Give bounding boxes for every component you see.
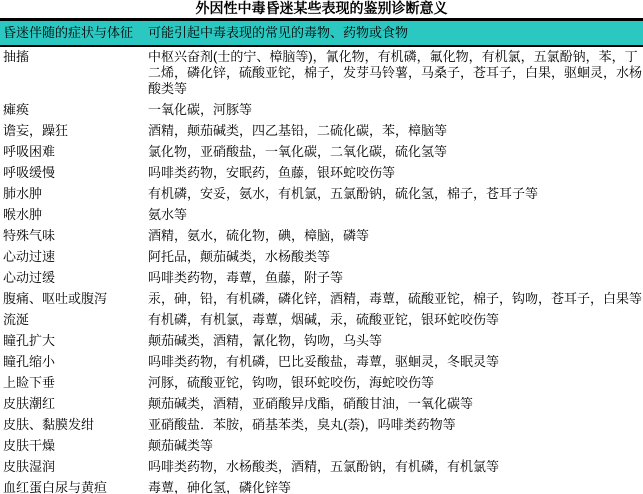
table-row: 抽搐中枢兴奋剂(士的宁、樟脑等)，氰化物，有机磷，氟化物，有机氯，五氯酚钠，苯，… [0, 46, 643, 100]
causes-cell: 吗啡类药物，安眠药，鱼藤，银环蛇咬伤等 [145, 163, 643, 184]
table-row: 皮肤干燥颠茄碱类等 [0, 436, 643, 457]
causes-cell: 颠茄碱类，酒精，亚硝酸异戊酯，硝酸甘油，一氧化碳等 [145, 394, 643, 415]
table-row: 肺水肿有机磷，安妥，氨水，有机氯，五氯酚钠，硫化氢，棉子，苍耳子等 [0, 184, 643, 205]
page-title: 外因性中毒昏迷某些表现的鉴别诊断意义 [0, 0, 643, 18]
table-row: 流涎有机磷，有机氯，毒蕈，烟碱，汞，硫酸亚铊，银环蛇咬伤等 [0, 310, 643, 331]
table-row: 呼吸困难氯化物，亚硝酸盐，一氧化碳，二氧化碳，硫化氢等 [0, 142, 643, 163]
symptom-cell: 心动过速 [0, 247, 145, 268]
causes-cell: 河豚，硫酸亚铊，钩吻，银环蛇咬伤，海蛇咬伤等 [145, 373, 643, 394]
table-row: 上睑下垂河豚，硫酸亚铊，钩吻，银环蛇咬伤，海蛇咬伤等 [0, 373, 643, 394]
causes-cell: 中枢兴奋剂(士的宁、樟脑等)，氰化物，有机磷，氟化物，有机氯，五氯酚钠，苯，丁二… [145, 46, 643, 100]
symptom-cell: 特殊气味 [0, 226, 145, 247]
symptom-cell: 喉水肿 [0, 205, 145, 226]
symptom-cell: 抽搐 [0, 46, 145, 100]
symptom-cell: 瘫痪 [0, 100, 145, 121]
causes-cell: 颠茄碱类，酒精，氰化物，钩吻，乌头等 [145, 331, 643, 352]
causes-cell: 颠茄碱类等 [145, 436, 643, 457]
table-row: 皮肤湿润吗啡类药物，水杨酸类，酒精，五氯酚钠，有机磷，有机氯等 [0, 457, 643, 478]
table-row: 血红蛋白尿与黄疸毒蕈，砷化氢，磷化锌等 [0, 478, 643, 494]
table-row: 皮肤、黏膜发绀亚硝酸盐．苯胺，硝基苯类，臭丸(萘)，吗啡类药物等 [0, 415, 643, 436]
table-row: 腹痛、呕吐或腹泻汞，砷，铅，有机磷，磷化锌，酒精，毒蕈，硫酸亚铊，棉子，钩吻，苍… [0, 289, 643, 310]
causes-cell: 酒精，氨水，硫化物，碘，樟脑，磷等 [145, 226, 643, 247]
causes-cell: 吗啡类药物，有机磷，巴比妥酸盐，毒蕈，驱蛔灵，冬眠灵等 [145, 352, 643, 373]
symptom-cell: 呼吸困难 [0, 142, 145, 163]
symptom-cell: 肺水肿 [0, 184, 145, 205]
causes-cell: 吗啡类药物，水杨酸类，酒精，五氯酚钠，有机磷，有机氯等 [145, 457, 643, 478]
causes-cell: 阿托品，颠茄碱类，水杨酸类等 [145, 247, 643, 268]
symptom-cell: 瞳孔缩小 [0, 352, 145, 373]
table-row: 呼吸缓慢吗啡类药物，安眠药，鱼藤，银环蛇咬伤等 [0, 163, 643, 184]
column-header-symptom: 昏迷伴随的症状与体征 [0, 20, 145, 47]
causes-cell: 有机磷，有机氯，毒蕈，烟碱，汞，硫酸亚铊，银环蛇咬伤等 [145, 310, 643, 331]
causes-cell: 氯化物，亚硝酸盐，一氧化碳，二氧化碳，硫化氢等 [145, 142, 643, 163]
causes-cell: 汞，砷，铅，有机磷，磷化锌，酒精，毒蕈，硫酸亚铊，棉子，钩吻，苍耳子，白果等 [145, 289, 643, 310]
table-row: 特殊气味酒精，氨水，硫化物，碘，樟脑，磷等 [0, 226, 643, 247]
symptom-cell: 腹痛、呕吐或腹泻 [0, 289, 145, 310]
table-header: 昏迷伴随的症状与体征 可能引起中毒表现的常见的毒物、药物或食物 [0, 20, 643, 47]
symptom-cell: 心动过缓 [0, 268, 145, 289]
table-row: 喉水肿氨水等 [0, 205, 643, 226]
causes-cell: 亚硝酸盐．苯胺，硝基苯类，臭丸(萘)，吗啡类药物等 [145, 415, 643, 436]
differential-diagnosis-table: 昏迷伴随的症状与体征 可能引起中毒表现的常见的毒物、药物或食物 抽搐中枢兴奋剂(… [0, 18, 643, 494]
causes-cell: 吗啡类药物，毒蕈，鱼藤，附子等 [145, 268, 643, 289]
symptom-cell: 谵妄，躁狂 [0, 121, 145, 142]
symptom-cell: 呼吸缓慢 [0, 163, 145, 184]
symptom-cell: 皮肤、黏膜发绀 [0, 415, 145, 436]
table-row: 瘫痪一氧化碳，河豚等 [0, 100, 643, 121]
causes-cell: 氨水等 [145, 205, 643, 226]
causes-cell: 有机磷，安妥，氨水，有机氯，五氯酚钠，硫化氢，棉子，苍耳子等 [145, 184, 643, 205]
table-row: 瞳孔扩大颠茄碱类，酒精，氰化物，钩吻，乌头等 [0, 331, 643, 352]
causes-cell: 一氧化碳，河豚等 [145, 100, 643, 121]
symptom-cell: 瞳孔扩大 [0, 331, 145, 352]
column-header-causes: 可能引起中毒表现的常见的毒物、药物或食物 [145, 20, 643, 47]
symptom-cell: 上睑下垂 [0, 373, 145, 394]
symptom-cell: 皮肤湿润 [0, 457, 145, 478]
symptom-cell: 血红蛋白尿与黄疸 [0, 478, 145, 494]
causes-cell: 毒蕈，砷化氢，磷化锌等 [145, 478, 643, 494]
table-body: 抽搐中枢兴奋剂(士的宁、樟脑等)，氰化物，有机磷，氟化物，有机氯，五氯酚钠，苯，… [0, 46, 643, 494]
symptom-cell: 流涎 [0, 310, 145, 331]
symptom-cell: 皮肤潮红 [0, 394, 145, 415]
table-row: 谵妄，躁狂酒精，颠茄碱类，四乙基铅，二硫化碳，苯，樟脑等 [0, 121, 643, 142]
table-row: 皮肤潮红颠茄碱类，酒精，亚硝酸异戊酯，硝酸甘油，一氧化碳等 [0, 394, 643, 415]
table-row: 心动过速阿托品，颠茄碱类，水杨酸类等 [0, 247, 643, 268]
table-header-row: 昏迷伴随的症状与体征 可能引起中毒表现的常见的毒物、药物或食物 [0, 20, 643, 47]
symptom-cell: 皮肤干燥 [0, 436, 145, 457]
table-row: 瞳孔缩小吗啡类药物，有机磷，巴比妥酸盐，毒蕈，驱蛔灵，冬眠灵等 [0, 352, 643, 373]
table-row: 心动过缓吗啡类药物，毒蕈，鱼藤，附子等 [0, 268, 643, 289]
causes-cell: 酒精，颠茄碱类，四乙基铅，二硫化碳，苯，樟脑等 [145, 121, 643, 142]
